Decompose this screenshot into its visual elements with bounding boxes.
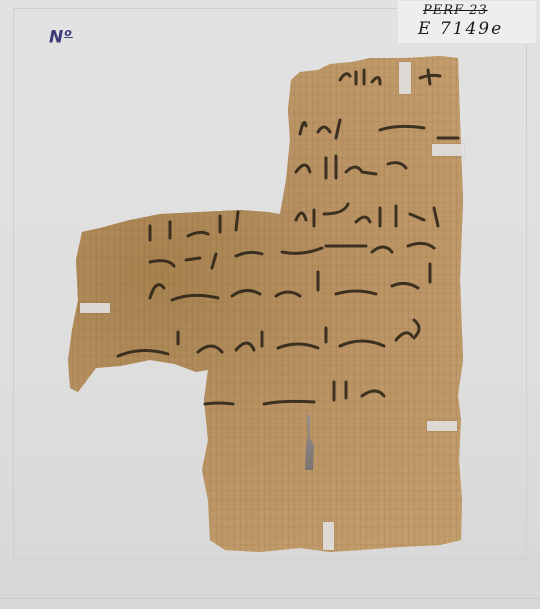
ink-script (0, 0, 540, 609)
